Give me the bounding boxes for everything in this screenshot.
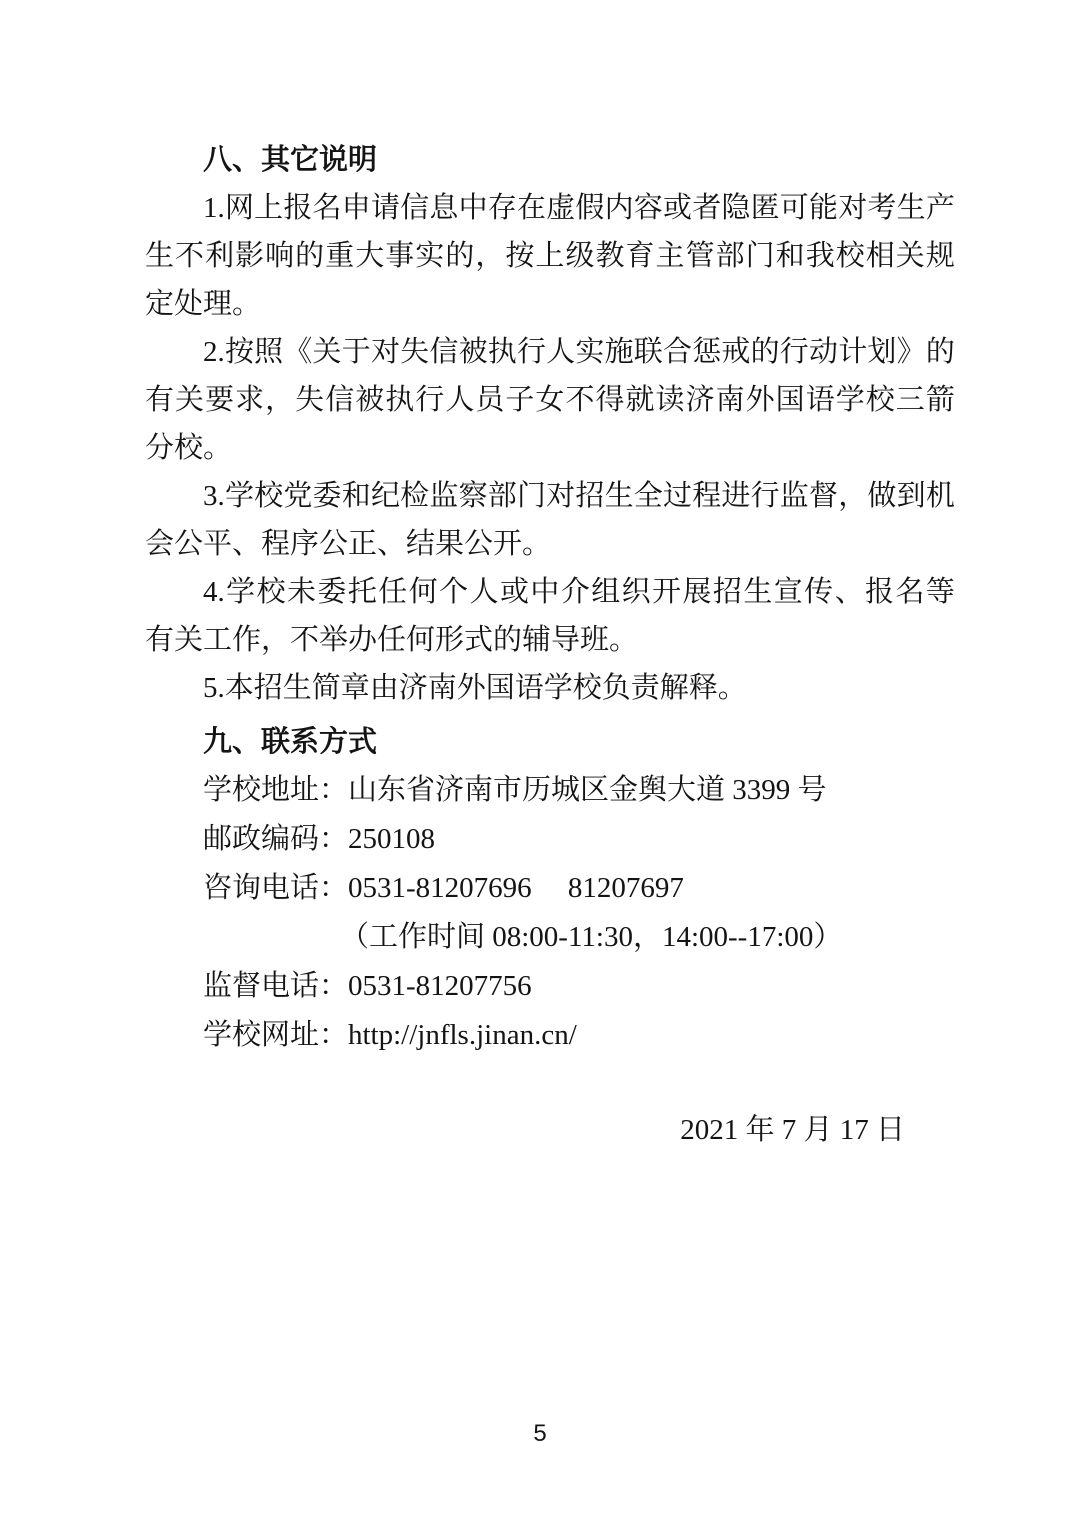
paragraph-4-line-1: 4.学校未委托任何个人或中介组织开展招生宣传、报名等	[145, 568, 955, 616]
paragraph-1-line-3: 定处理。	[145, 280, 955, 328]
contact-address: 学校地址：山东省济南市历城区金舆大道 3399 号	[145, 766, 955, 815]
paragraph-2-line-1: 2.按照《关于对失信被执行人实施联合惩戒的行动计划》的	[145, 328, 955, 376]
paragraph-3-line-2: 会公平、程序公正、结果公开。	[145, 520, 955, 568]
paragraph-2: 2.按照《关于对失信被执行人实施联合惩戒的行动计划》的 有关要求，失信被执行人员…	[145, 328, 955, 472]
paragraph-1-line-1: 1.网上报名申请信息中存在虚假内容或者隐匿可能对考生产	[145, 184, 955, 232]
section8-heading: 八、其它说明	[145, 136, 955, 184]
paragraph-2-line-2: 有关要求，失信被执行人员子女不得就读济南外国语学校三箭	[145, 376, 955, 424]
page-content: 八、其它说明 1.网上报名申请信息中存在虚假内容或者隐匿可能对考生产 生不利影响…	[145, 136, 955, 1154]
paragraph-1-line-2: 生不利影响的重大事实的，按上级教育主管部门和我校相关规	[145, 232, 955, 280]
paragraph-1: 1.网上报名申请信息中存在虚假内容或者隐匿可能对考生产 生不利影响的重大事实的，…	[145, 184, 955, 328]
paragraph-5: 5.本招生简章由济南外国语学校负责解释。	[145, 664, 955, 712]
paragraph-5-line-1: 5.本招生简章由济南外国语学校负责解释。	[145, 664, 955, 712]
contact-supervision-phone: 监督电话：0531-81207756	[145, 962, 955, 1011]
contact-inquiry-phone: 咨询电话：0531-81207696 81207697	[145, 864, 955, 913]
date-line: 2021 年 7 月 17 日	[145, 1106, 955, 1154]
document-page: 八、其它说明 1.网上报名申请信息中存在虚假内容或者隐匿可能对考生产 生不利影响…	[0, 0, 1080, 1527]
paragraph-4-line-2: 有关工作，不举办任何形式的辅导班。	[145, 616, 955, 664]
contact-working-hours: （工作时间 08:00-11:30，14:00--17:00）	[145, 913, 955, 962]
paragraph-3-line-1: 3.学校党委和纪检监察部门对招生全过程进行监督，做到机	[145, 472, 955, 520]
paragraph-2-line-3: 分校。	[145, 424, 955, 472]
contact-website: 学校网址：http://jnfls.jinan.cn/	[145, 1011, 955, 1060]
paragraph-4: 4.学校未委托任何个人或中介组织开展招生宣传、报名等 有关工作，不举办任何形式的…	[145, 568, 955, 664]
page-number: 5	[0, 1420, 1080, 1448]
section9-heading: 九、联系方式	[145, 718, 955, 766]
paragraph-3: 3.学校党委和纪检监察部门对招生全过程进行监督，做到机 会公平、程序公正、结果公…	[145, 472, 955, 568]
contact-postal-code: 邮政编码：250108	[145, 815, 955, 864]
